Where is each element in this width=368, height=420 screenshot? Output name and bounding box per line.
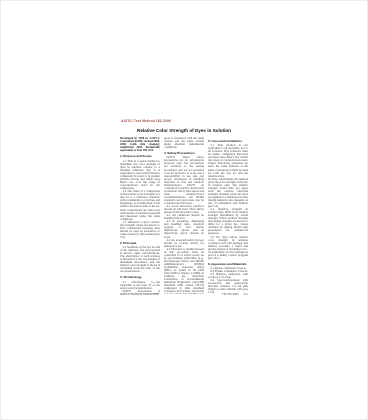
paragraph: 1.3 Whenever a dye's relative dye streng… [120,221,160,239]
column-3: 5. Uses and Limitations5.1 This method i… [208,137,248,294]
section-heading: 3. Terminology [120,276,160,279]
footer-manual-edition: AATCC Technical Manual/2008 [120,292,159,296]
paragraph: 5.1 This method is not applicable to all… [208,144,248,178]
paragraph: 4.3 In preparing, dispensing and handlin… [164,220,204,238]
page-footer: AATCC Technical Manual/2008 TM 182-2006 … [120,292,248,296]
footer-doc-number: TM 182-2006 [222,292,239,296]
paragraph: In these experiments the method gives th… [208,178,248,208]
column-1: Developed in 1998 by AATCC Committee RA9… [120,137,160,294]
paragraph: 5.3 For dyes whose relative color streng… [208,236,248,260]
footer-right-group: TM 182-2006 311 [222,292,248,296]
document-page: AATCC Test Method 182-2006 Relative Colo… [0,0,368,420]
paragraph: Developed in 1998 by AATCC Committee RA9… [120,137,160,152]
page-title: Relative Color Strength of Dyes in Solut… [120,128,248,133]
footer-page-number: 311 [244,292,248,296]
column-2: upon it, measured with the same cuvette … [164,137,204,294]
paragraph: 1.1 This is a quick method to determine … [120,160,160,190]
paragraph: 5.2 Relative strength in solution may di… [208,208,248,235]
test-method-header: AATCC Test Method 182-2006 [121,119,171,123]
paragraph: 1.2 The value of a comparison of the rel… [120,190,160,220]
body-columns: Developed in 1998 by AATCC Committee RA9… [120,137,248,294]
paragraph: 2.1 Solutions of the dye lot and of the … [120,246,160,273]
paragraph: 4.5 Exposure to chemicals used in this p… [164,248,204,294]
section-heading: 1. Purpose and Scope [120,155,160,158]
paragraph: NOTE: These safety precautions are for i… [164,156,204,205]
paragraph: upon it, measured with the same cuvette … [164,137,204,149]
